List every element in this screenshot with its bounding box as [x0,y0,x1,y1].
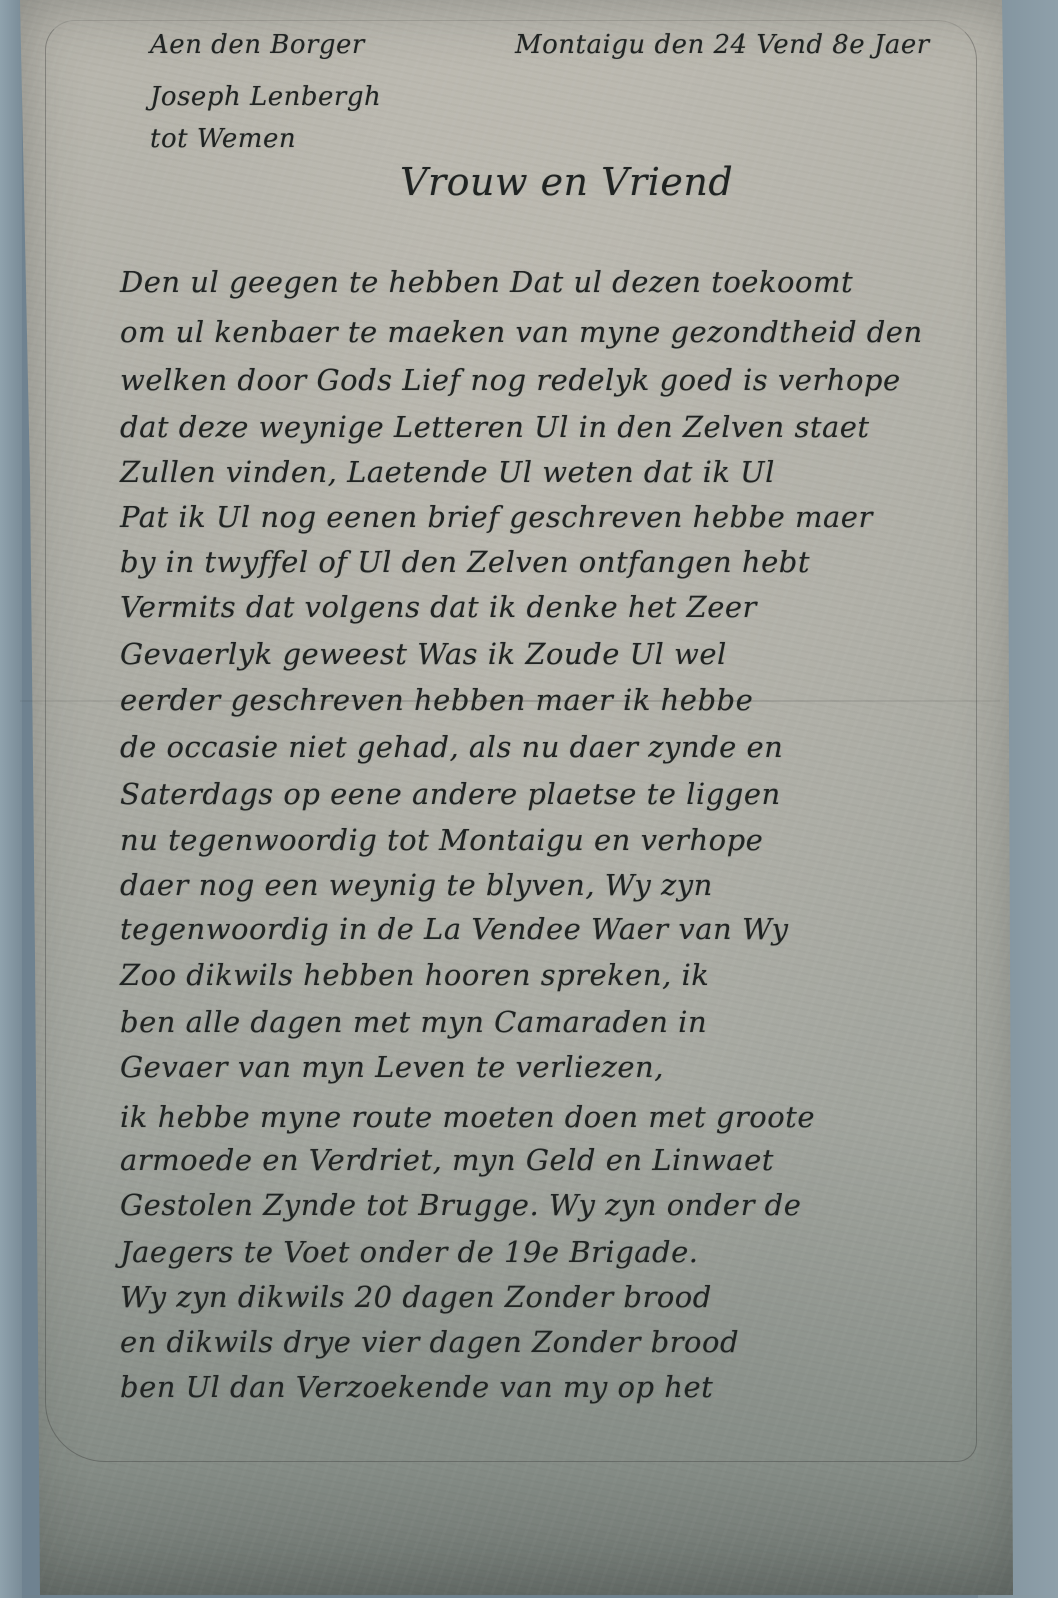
body-line: Gevaerlyk geweest Was ik Zoude Ul wel [120,637,727,671]
body-line: eerder geschreven hebben maer ik hebbe [120,683,753,717]
body-line: Gestolen Zynde tot Brugge. Wy zyn onder … [120,1188,801,1222]
body-line: armoede en Verdriet, myn Geld en Linwaet [120,1143,774,1177]
body-line: daer nog een weynig te blyven, Wy zyn [120,868,713,902]
body-line: Gevaer van myn Leven te verliezen, [120,1050,664,1084]
body-line: en dikwils drye vier dagen Zonder brood [120,1325,739,1359]
body-line: welken door Gods Lief nog redelyk goed i… [120,363,901,397]
body-line: nu tegenwoordig tot Montaigu en verhope [120,823,763,857]
body-line: Wy zyn dikwils 20 dagen Zonder brood [120,1280,712,1314]
addressee-line: tot Wemen [150,124,296,154]
body-line: tegenwoordig in de La Vendee Waer van Wy [120,912,789,946]
body-line: ben Ul dan Verzoekende van my op het [120,1370,713,1404]
body-line: Den ul geegen te hebben Dat ul dezen toe… [120,265,853,299]
body-line: ik hebbe myne route moeten doen met groo… [120,1100,815,1134]
addressee-line: Aen den Borger [150,30,365,60]
body-line: de occasie niet gehad, als nu daer zynde… [120,730,783,764]
body-line: om ul kenbaer te maeken van myne gezondt… [120,315,923,349]
body-line: dat deze weynige Letteren Ul in den Zelv… [120,410,870,444]
body-line: Zullen vinden, Laetende Ul weten dat ik … [120,455,775,489]
background-left [0,0,22,1598]
body-line: Jaegers te Voet onder de 19e Brigade. [120,1235,699,1269]
addressee-line: Joseph Lenbergh [150,82,381,112]
body-line: Zoo dikwils hebben hooren spreken, ik [120,958,709,992]
place-date: Montaigu den 24 Vend 8e Jaer [515,30,930,60]
body-line: by in twyffel of Ul den Zelven ontfangen… [120,545,810,579]
body-line: Vermits dat volgens dat ik denke het Zee… [120,590,757,624]
salutation: Vrouw en Vriend [400,160,733,204]
body-line: ben alle dagen met myn Camaraden in [120,1005,707,1039]
body-line: Saterdags op eene andere plaetse te ligg… [120,777,781,811]
body-line: Pat ik Ul nog eenen brief geschreven heb… [120,500,873,534]
